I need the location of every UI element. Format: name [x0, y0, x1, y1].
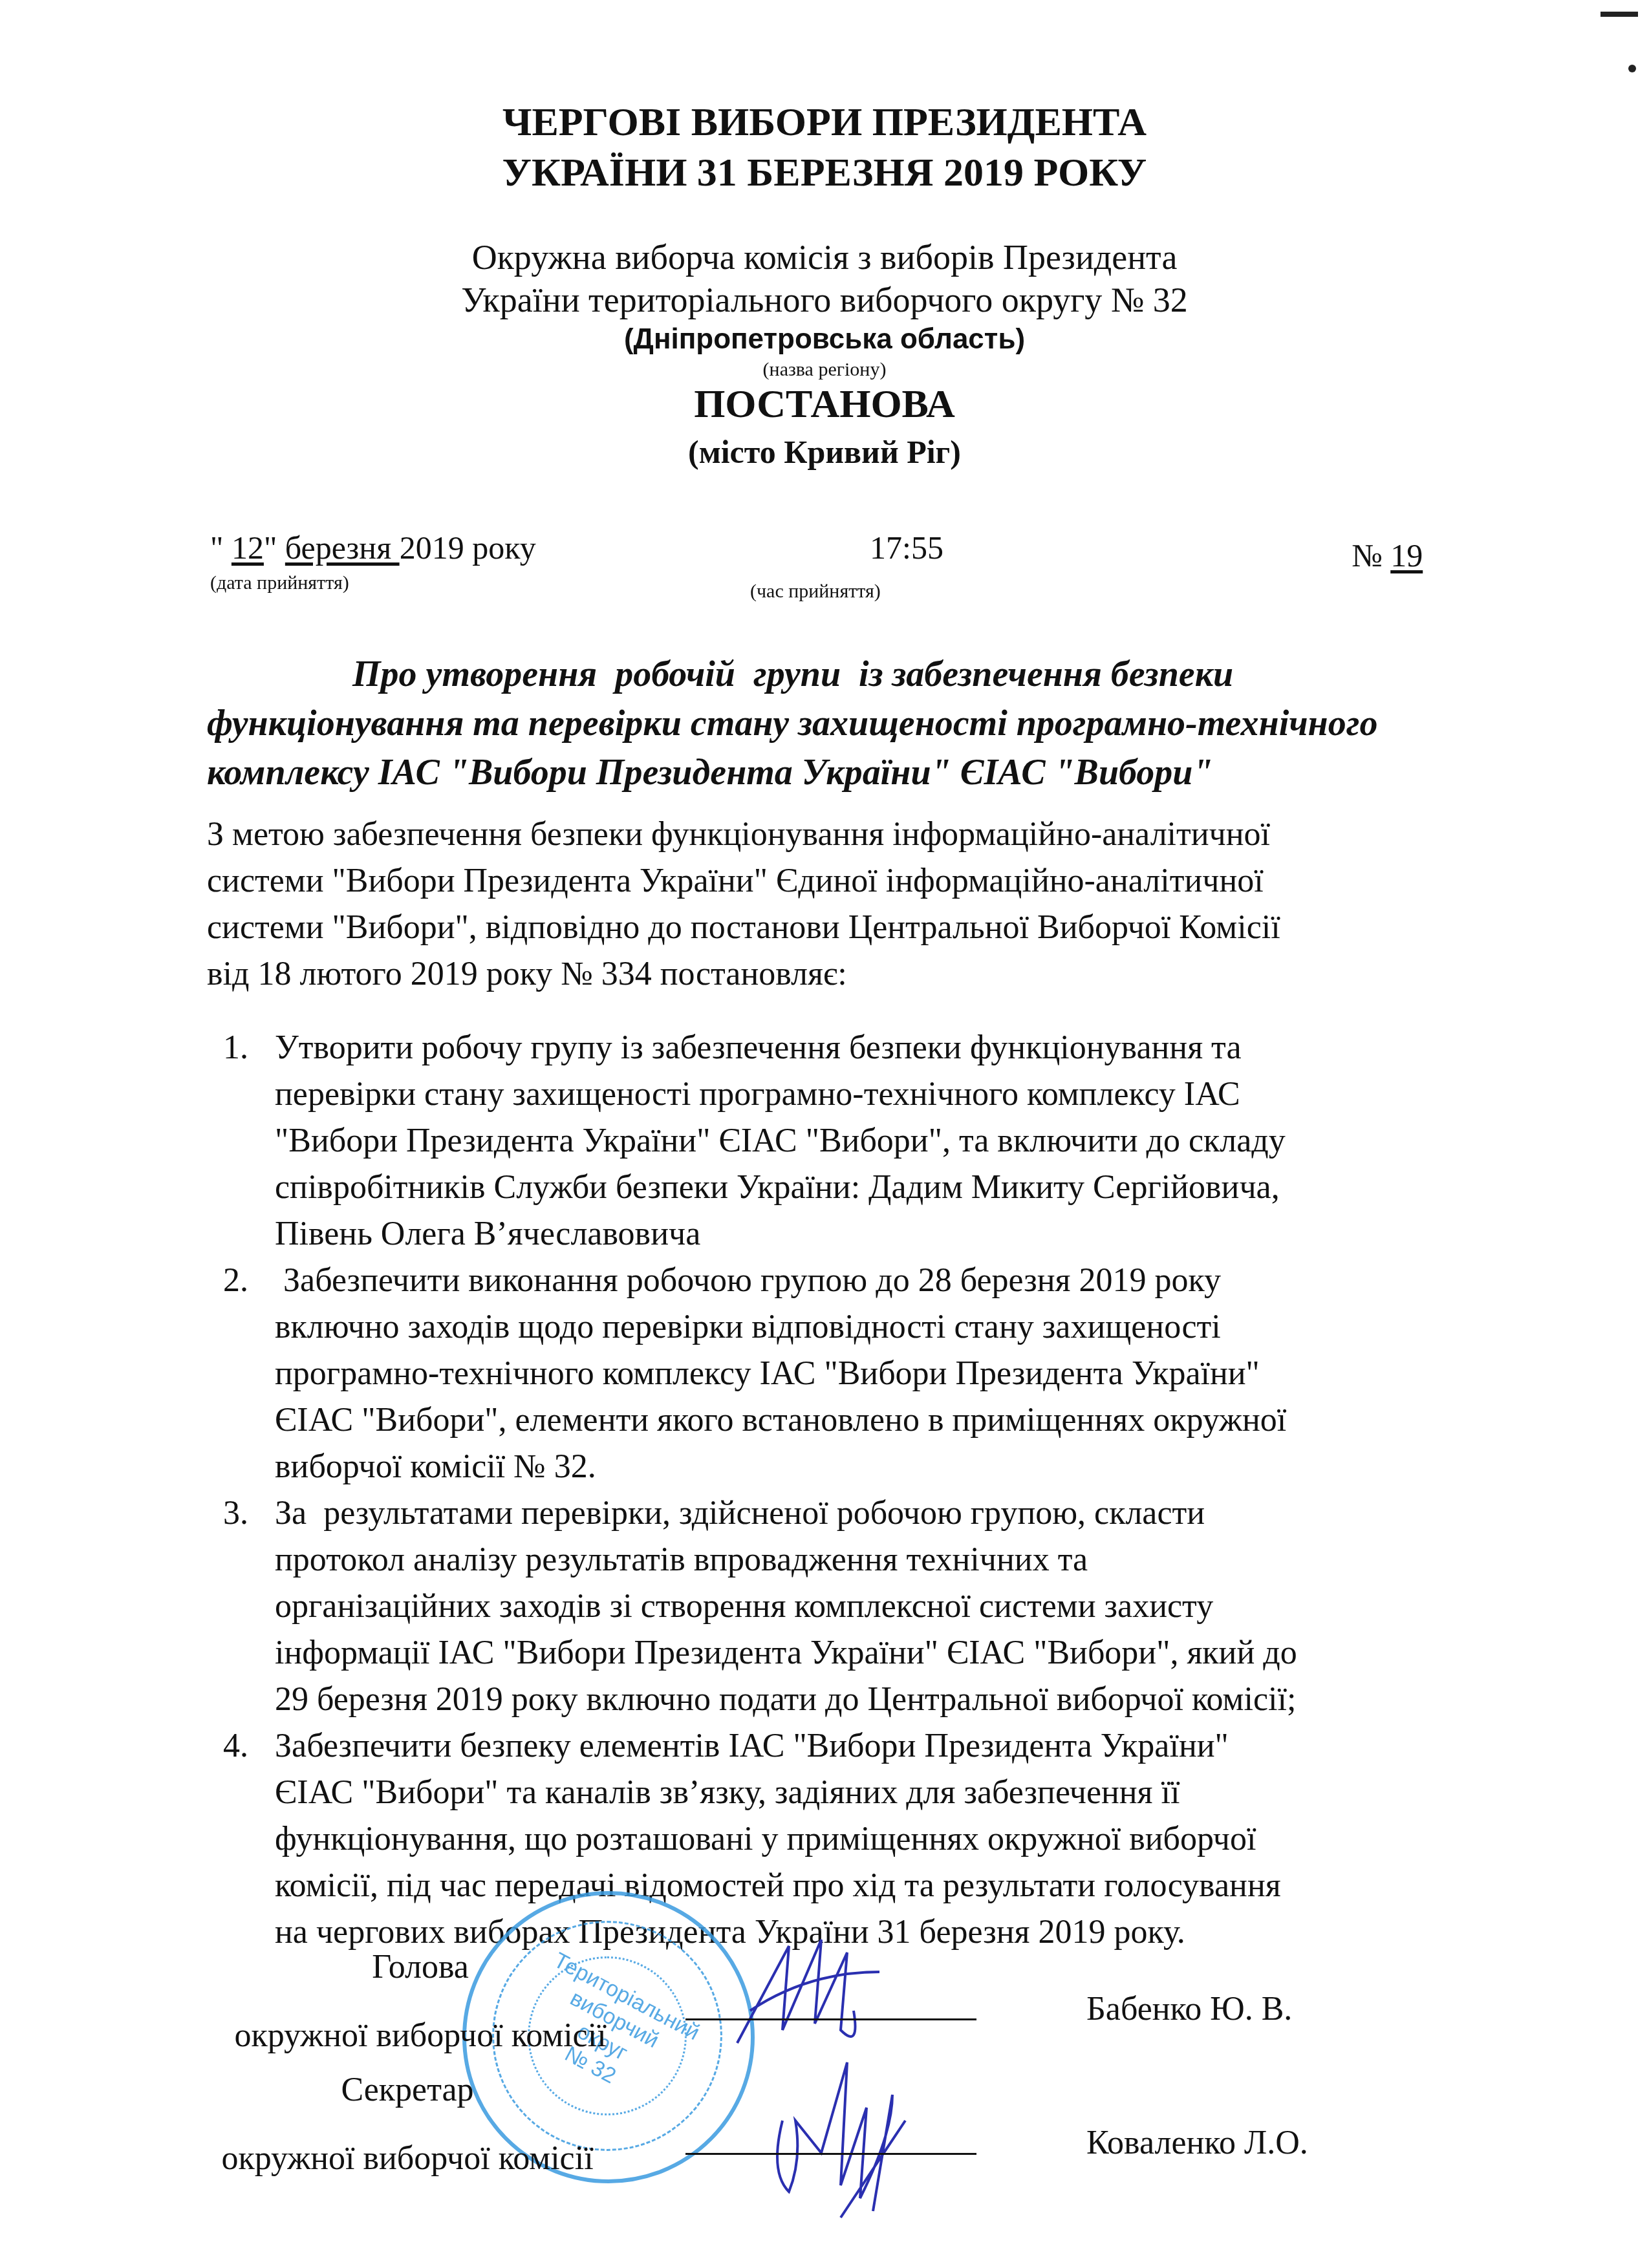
item-line: програмно-технічного комплексу ІАС "Вибо…: [275, 1351, 1503, 1397]
scan-speck: [1628, 65, 1636, 72]
secretary-commission: окружної виборчої комісії: [175, 2137, 640, 2180]
item-line: інформації ІАС "Вибори Президента Україн…: [275, 1630, 1503, 1676]
commission-name: Окружна виборча комісія з виборів Презид…: [0, 236, 1649, 321]
document-type: ПОСТАНОВА: [0, 381, 1649, 427]
item-line: протокол аналізу результатів впровадженн…: [275, 1537, 1503, 1583]
date-quote: ": [210, 530, 232, 566]
commission-line1: Окружна виборча комісія з виборів Презид…: [0, 236, 1649, 279]
date-day: 12: [232, 530, 264, 566]
item-line: 29 березня 2019 року включно подати до Ц…: [275, 1676, 1503, 1723]
number-label: №: [1352, 537, 1390, 573]
item-line: За результатами перевірки, здійсненої ро…: [275, 1490, 1503, 1537]
date-caption: (дата прийняття): [210, 572, 349, 594]
chair-role: Голова окружної виборчої комісії: [188, 1946, 653, 2057]
item-line: виборчої комісії № 32.: [275, 1444, 1503, 1490]
item-number: 4.: [223, 1723, 248, 1770]
subject-line3: комплексу ІАС "Вибори Президента України…: [207, 748, 1500, 797]
resolution-item: 4. Забезпечити безпеку елементів ІАС "Ви…: [210, 1723, 1503, 1956]
chair-commission: окружної виборчої комісії: [188, 2015, 653, 2057]
item-line: ЄІАС "Вибори" та каналів зв’язку, задіян…: [275, 1770, 1503, 1816]
item-line: функціонування, що розташовані у приміще…: [275, 1816, 1503, 1863]
chair-signature-line: [685, 2018, 976, 2020]
secretary-role: Секретар окружної виборчої комісії: [175, 2069, 640, 2180]
preamble-line1: З метою забезпечення безпеки функціонува…: [207, 811, 1500, 858]
preamble-line4: від 18 лютого 2019 року № 334 постановля…: [207, 951, 1500, 998]
election-title-line2: УКРАЇНИ 31 БЕРЕЗНЯ 2019 РОКУ: [0, 147, 1649, 198]
chair-name: Бабенко Ю. В.: [1086, 1990, 1292, 2028]
item-line: Півень Олега В’ячеславовича: [275, 1211, 1503, 1257]
secretary-title: Секретар: [175, 2069, 640, 2112]
scan-mark: [1600, 12, 1638, 17]
chair-title: Голова: [188, 1946, 653, 1989]
time-caption: (час прийняття): [750, 581, 881, 603]
secretary-name: Коваленко Л.О.: [1086, 2124, 1308, 2162]
item-line: організаційних заходів зі створення комп…: [275, 1583, 1503, 1630]
date-quote: ": [264, 530, 285, 566]
chair-signature-icon: [711, 1933, 905, 2062]
item-line: співробітників Служби безпеки України: Д…: [275, 1164, 1503, 1211]
item-line: Утворити робочу групу із забезпечення бе…: [275, 1025, 1503, 1071]
preamble: З метою забезпечення безпеки функціонува…: [207, 811, 1500, 998]
secretary-signature-icon: [763, 2056, 944, 2224]
adoption-time: 17:55: [870, 529, 943, 566]
resolution-item: 3. За результатами перевірки, здійсненої…: [210, 1490, 1503, 1723]
resolution-subject: Про утворення робочій групи із забезпече…: [207, 650, 1500, 797]
subject-line1: Про утворення робочій групи із забезпече…: [207, 650, 1500, 699]
resolution-item: 2. Забезпечити виконання робочою групою …: [210, 1257, 1503, 1490]
date-year: 2019 року: [400, 530, 536, 566]
resolution-item: 1. Утворити робочу групу із забезпечення…: [210, 1025, 1503, 1257]
commission-line2: України територіального виборчого округу…: [0, 279, 1649, 321]
item-number: 1.: [223, 1025, 248, 1071]
item-number: 3.: [223, 1490, 248, 1537]
city-name: (місто Кривий Ріг): [0, 433, 1649, 471]
subject-line2: функціонування та перевірки стану захище…: [207, 699, 1500, 748]
election-title-line1: ЧЕРГОВІ ВИБОРИ ПРЕЗИДЕНТА: [0, 97, 1649, 147]
item-line: "Вибори Президента України" ЄІАС "Вибори…: [275, 1118, 1503, 1164]
election-title: ЧЕРГОВІ ВИБОРИ ПРЕЗИДЕНТА УКРАЇНИ 31 БЕР…: [0, 97, 1649, 198]
preamble-line3: системи "Вибори", відповідно до постанов…: [207, 904, 1500, 951]
item-line: комісії, під час передачі відомостей про…: [275, 1863, 1503, 1909]
number-value: 19: [1390, 537, 1423, 573]
preamble-line2: системи "Вибори Президента України" Єдин…: [207, 858, 1500, 904]
item-line: включно заходів щодо перевірки відповідн…: [275, 1304, 1503, 1351]
resolution-number: № 19: [1352, 537, 1423, 574]
item-line: перевірки стану захищеності програмно-те…: [275, 1071, 1503, 1118]
region-caption: (назва регіону): [0, 359, 1649, 381]
date-month: березня: [285, 530, 400, 566]
item-number: 2.: [223, 1257, 248, 1304]
item-line: Забезпечити безпеку елементів ІАС "Вибор…: [275, 1723, 1503, 1770]
adoption-date: " 12" березня 2019 року: [210, 529, 536, 566]
item-line: ЄІАС "Вибори", елементи якого встановлен…: [275, 1397, 1503, 1444]
item-line: Забезпечити виконання робочою групою до …: [275, 1257, 1503, 1304]
resolution-items: 1. Утворити робочу групу із забезпечення…: [210, 1025, 1503, 1956]
secretary-signature-line: [685, 2153, 976, 2155]
region-name: (Дніпропетровська область): [0, 323, 1649, 356]
